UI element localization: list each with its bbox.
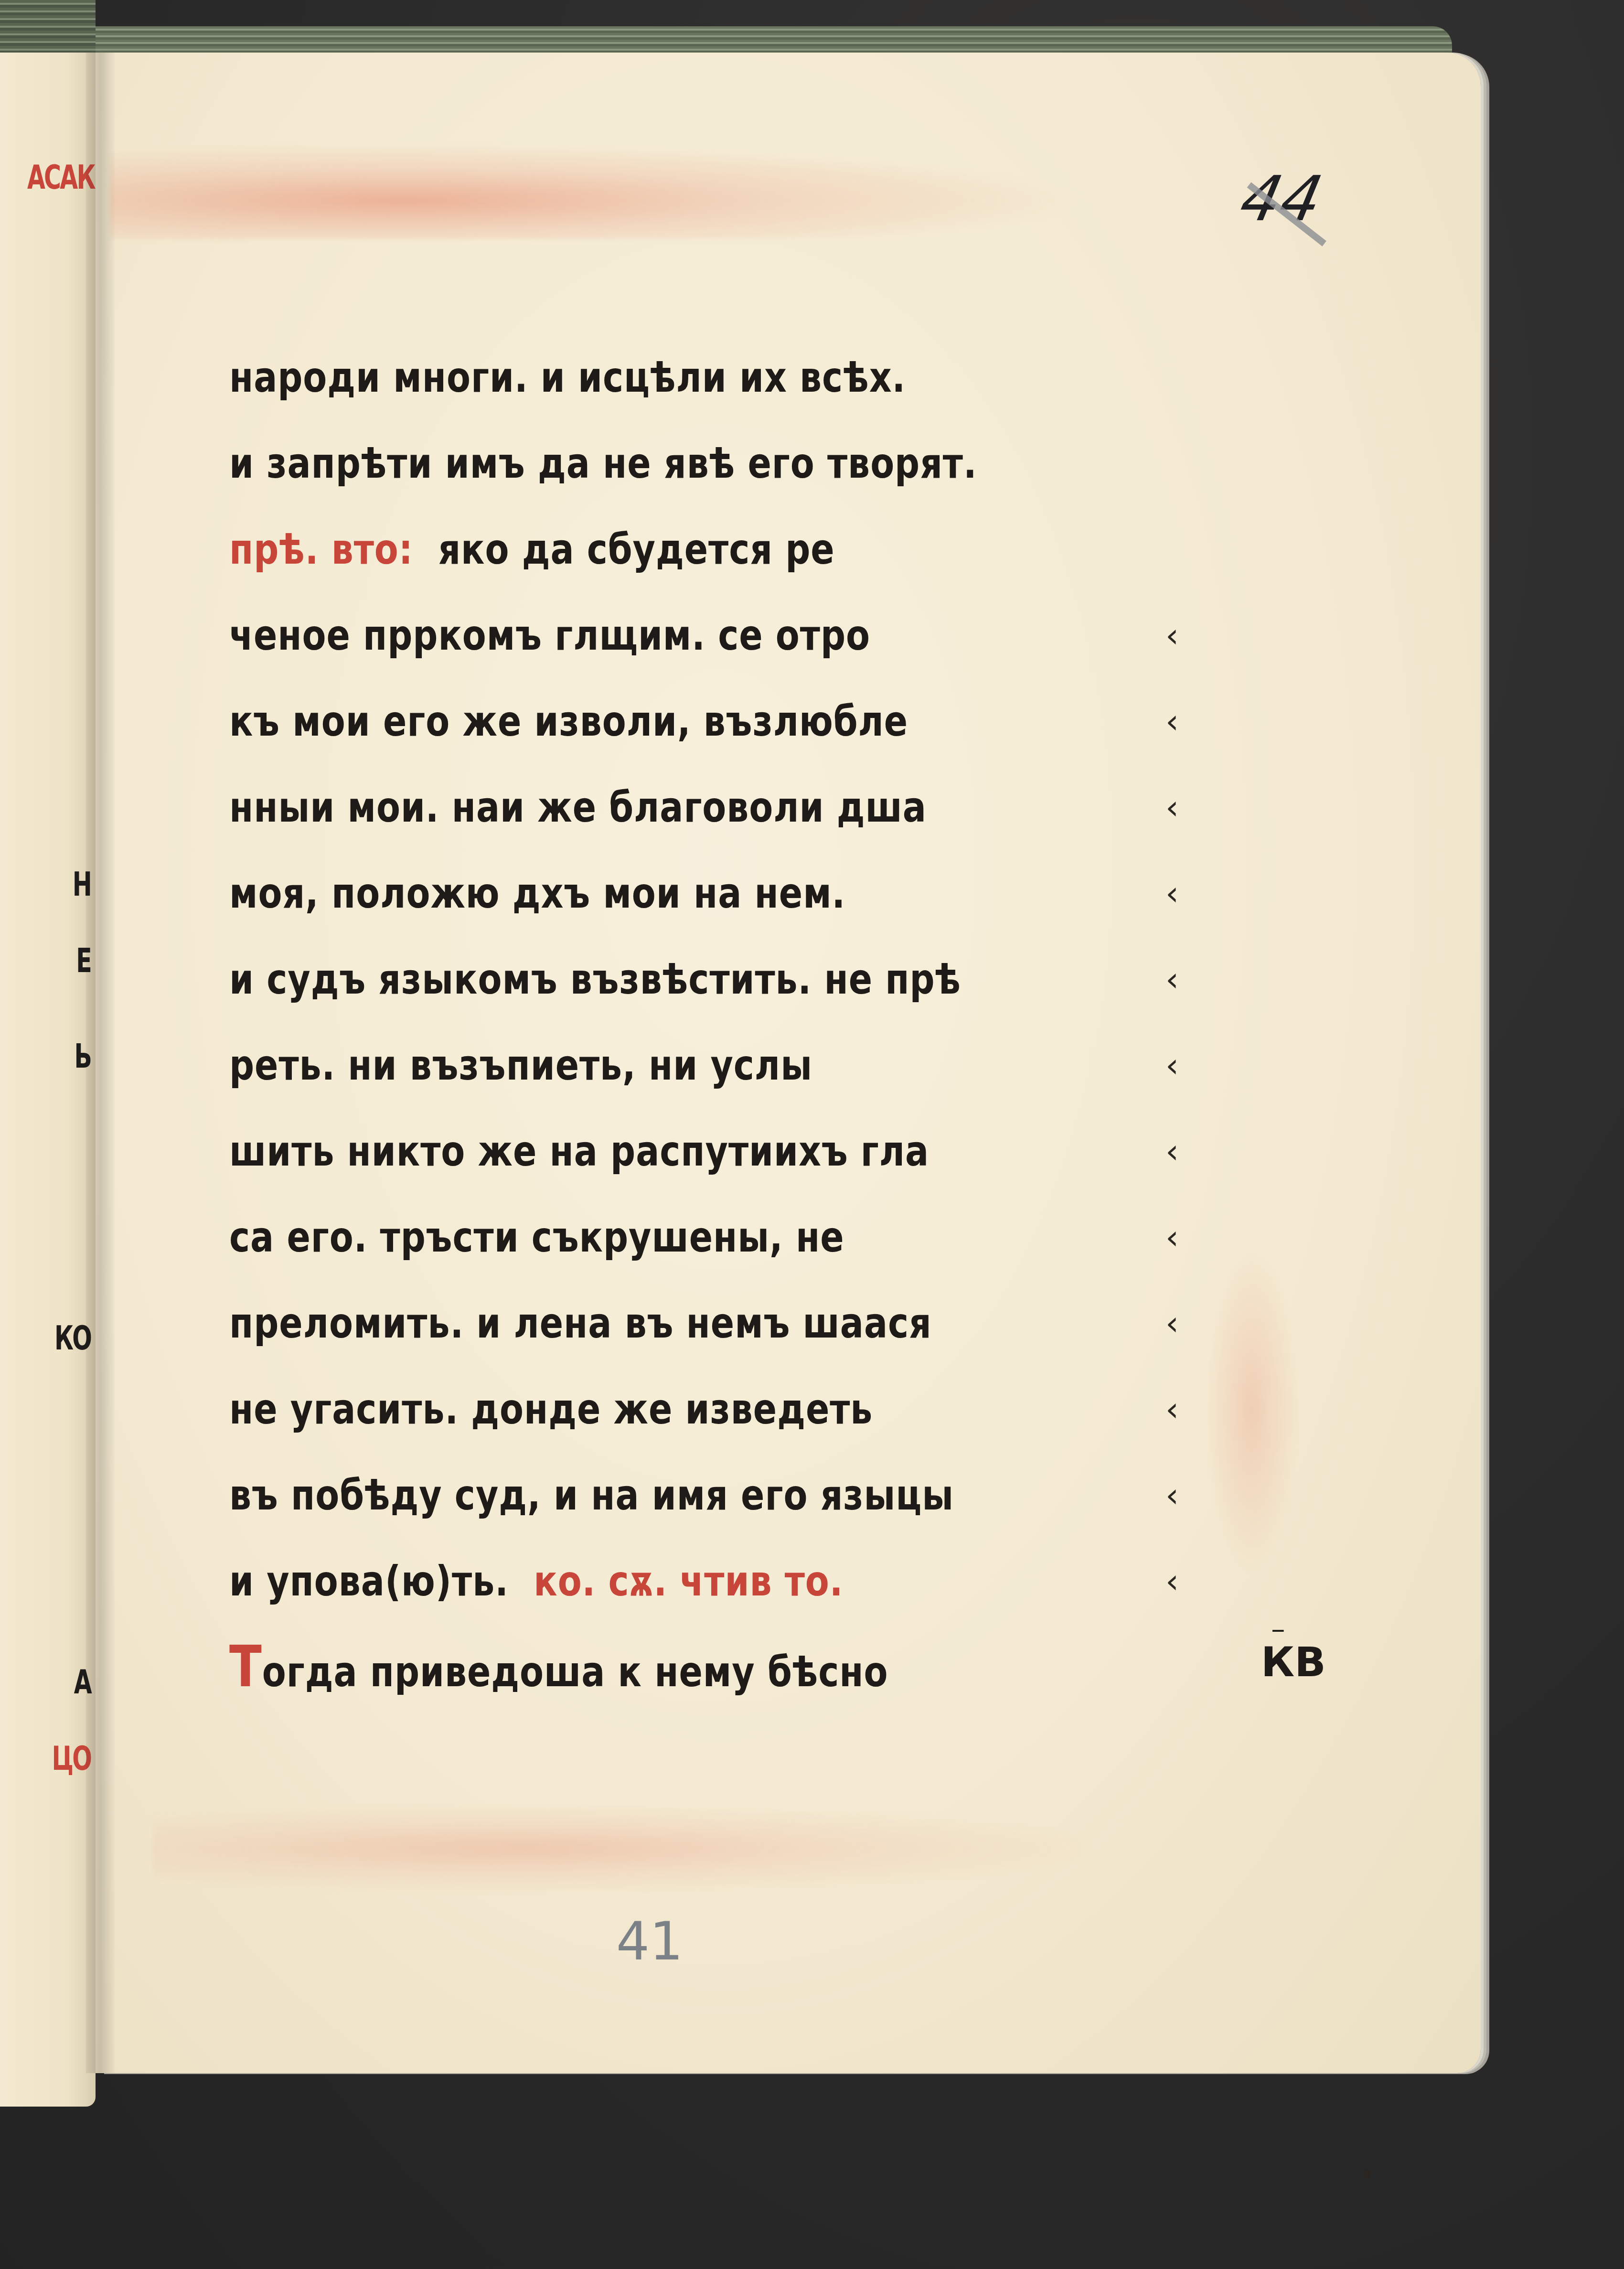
margin-tick-mark: ‹	[1165, 1194, 1179, 1280]
facing-page-letter: Н	[27, 865, 91, 904]
margin-tick-mark: ‹	[1165, 1280, 1179, 1366]
folio-number: 44	[1234, 162, 1329, 235]
manuscript-text: народи многи. и исцѣли их всѣх. и запрѣт…	[229, 334, 1208, 1710]
margin-tick-mark: ‹	[1165, 1022, 1179, 1108]
rubric: прѣ. вто:	[229, 524, 413, 574]
book-corner-edge	[0, 0, 96, 57]
margin-tick-mark: ‹	[1165, 936, 1179, 1022]
book-top-edge	[0, 26, 1452, 55]
text-line-3: прѣ. вто: яко да сбудется ре	[229, 506, 1130, 592]
margin-tick-mark: ‹	[1165, 1108, 1179, 1194]
text-line-16: Тогда приведоша к нему бѣсно	[229, 1624, 1130, 1710]
margin-tick-mark: ‹	[1165, 678, 1179, 764]
text-line-13: не угасить. донде же изведеть	[229, 1366, 1130, 1452]
text-line-5: къ мои его же изволи, възлюбле	[229, 678, 1130, 764]
margin-numeral: ⁻ КВ	[1261, 1638, 1326, 1686]
text-line-4: ченое прркомъ глщим. се отро	[229, 592, 1130, 678]
text-line-2: и запрѣти имъ да не явѣ его творят.	[229, 420, 1130, 506]
text-line-8: и судъ языкомъ възвѣстить. не прѣ	[229, 936, 1130, 1022]
text-line-15: и упова(ю)ть. ко. сѫ. чтив то.	[229, 1538, 1130, 1624]
text-line-9: реть. ни възъпиеть, ни услы	[229, 1022, 1130, 1108]
red-initial: Т	[229, 1634, 262, 1700]
text-line-10: шить никто же на распутиихъ гла	[229, 1108, 1130, 1194]
gutter-shadow	[86, 53, 115, 2073]
text-line-12: преломить. и лена въ немъ шаася	[229, 1280, 1130, 1366]
facing-page: АСАК Н Е Ь КО А ЦО	[0, 53, 96, 2107]
margin-tick-mark: ‹	[1165, 1366, 1179, 1452]
facing-page-letter: А	[27, 1662, 91, 1702]
text-line-6: нныи мои. наи же благоволи дша	[229, 764, 1130, 850]
margin-tick-mark: ‹	[1165, 850, 1179, 936]
margin-tick-mark: ‹	[1165, 592, 1179, 678]
pencil-page-number: 41	[616, 1911, 683, 1972]
margin-tick-mark: ‹	[1165, 1452, 1179, 1538]
margin-tick-mark: ‹	[1165, 764, 1179, 850]
facing-page-rubric: АСАК	[27, 158, 91, 197]
red-ink-offset-top	[110, 143, 1089, 239]
facing-page-letter: Е	[27, 941, 91, 980]
margin-tick-mark: ‹	[1165, 1538, 1179, 1624]
text-line-11: са его. тръсти съкрушены, не	[229, 1194, 1130, 1280]
ink-speck	[1364, 2169, 1370, 2178]
text-line-1: народи многи. и исцѣли их всѣх.	[229, 334, 1130, 420]
rubric-end-reading: ко. сѫ. чтив то.	[534, 1556, 843, 1605]
facing-page-letter: КО	[27, 1318, 91, 1358]
margin-marks: ‹ ‹ ‹ ‹ ‹ ‹ ‹ ‹ ‹ ‹ ‹ ‹	[1165, 334, 1179, 1624]
titlo-mark: ⁻	[1271, 1619, 1286, 1653]
text-line-7: моя, положю дхъ мои на нем.	[229, 850, 1130, 936]
text-line-14: въ побѣду суд, и на имя его языцы	[229, 1452, 1130, 1538]
facing-page-rubric: ЦО	[27, 1739, 91, 1778]
red-ink-offset-bottom	[153, 1806, 1084, 1892]
facing-page-letter: Ь	[27, 1037, 91, 1076]
red-ink-offset-right	[1204, 1242, 1299, 1576]
